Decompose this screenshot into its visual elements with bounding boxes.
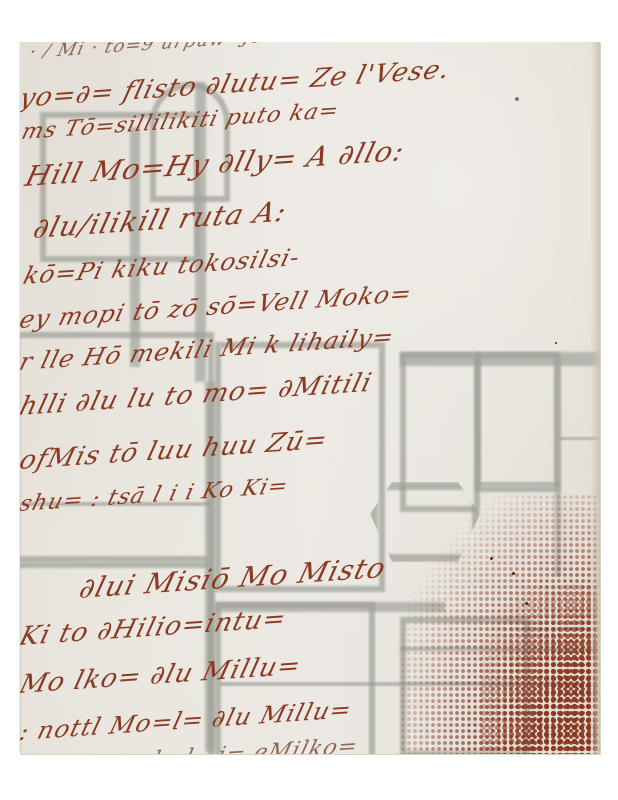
handwriting-line: ofMis tō luu huu Zū=	[20, 425, 331, 476]
handwriting-line: Ki to ∂Hilio=intu=	[20, 604, 290, 652]
handwriting-line: Mo lko= ∂lu Millu=	[20, 651, 305, 700]
handwriting-line: · / Mi · to=9 urpuw=Jo Ko=	[27, 42, 315, 63]
handwriting-line: Hill Mo=Hy ∂lly= A ∂llo:	[22, 134, 409, 193]
handwriting-line: ∂lui Misiō Mo Misto	[76, 551, 390, 605]
handwriting-line: hlli ∂lu lu to mo= ∂Mitili	[20, 368, 375, 422]
handwriting-line: r lle Hō mekili Mi k lihaily=	[20, 322, 398, 376]
handwriting-line: shu= : tsā l i i Ko Ki=	[20, 474, 291, 517]
handwriting-line: kō=Pi kiku tokosilsi-	[20, 243, 303, 290]
handwriting: · / Mi · to=9 urpuw=Jo Ko= yo=∂= flisto …	[20, 42, 600, 754]
handwriting-line: ∂lu/ilikill ruta A:	[30, 195, 291, 245]
book-cover: · / Mi · to=9 urpuw=Jo Ko= yo=∂= flisto …	[20, 42, 600, 754]
handwriting-line: · · l · l · i= eMilko=	[117, 734, 361, 754]
